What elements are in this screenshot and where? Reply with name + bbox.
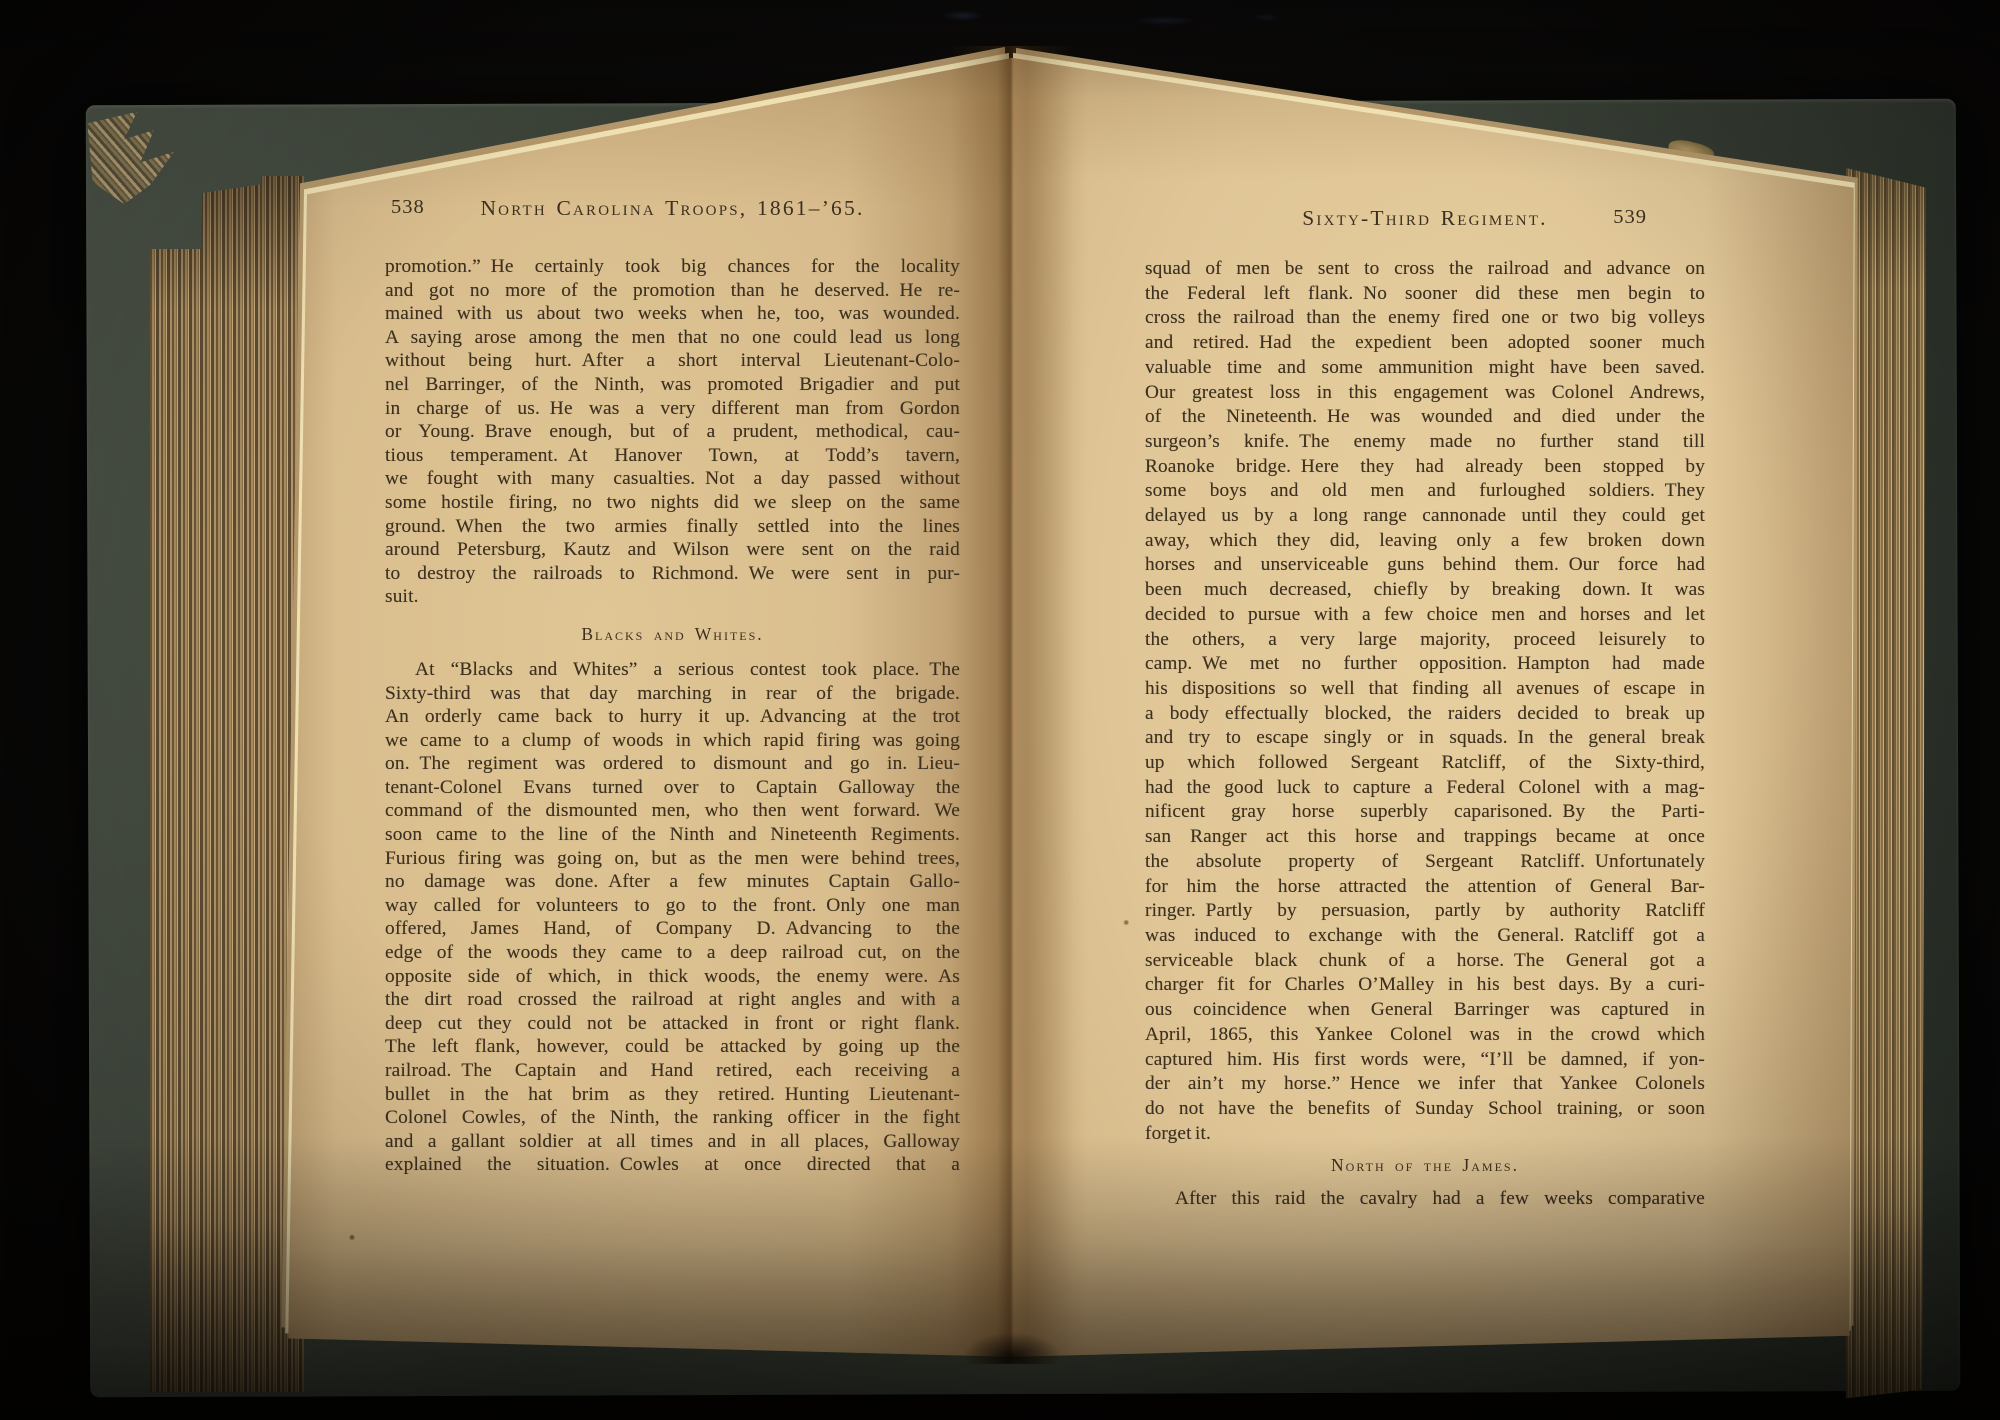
text-line: ground. When the two armies finally sett… — [385, 515, 960, 539]
text-line: the absolute property of Sergeant Ratcli… — [1145, 850, 1705, 875]
text-line: explained the situation. Cowles at once … — [385, 1153, 960, 1177]
text-line: to destroy the railroads to Richmond. We… — [385, 562, 960, 586]
left-paragraph-1: promotion.” He certainly took big chance… — [385, 255, 960, 609]
text-line: a body effectually blocked, the raiders … — [1145, 702, 1705, 727]
text-line: away, which they did, leaving only a few… — [1145, 529, 1705, 554]
text-line: san Ranger act this horse and trappings … — [1145, 825, 1705, 850]
text-line: and got no more of the promotion than he… — [385, 279, 960, 303]
text-line: tious temperament. At Hanover Town, at T… — [385, 444, 960, 468]
text-line: The left flank, however, could be attack… — [385, 1035, 960, 1059]
text-line: valuable time and some ammunition might … — [1145, 356, 1705, 381]
text-line: opposite side of which, in thick woods, … — [385, 965, 960, 989]
text-line: cross the railroad than the enemy fired … — [1145, 306, 1705, 331]
text-line: on. The regiment was ordered to dismount… — [385, 752, 960, 776]
text-line: and try to escape singly or in squads. I… — [1145, 726, 1705, 751]
text-line: command of the dismounted men, who then … — [385, 799, 960, 823]
text-line: nificent gray horse superbly caparisoned… — [1145, 800, 1705, 825]
text-line: serviceable black chunk of a horse. The … — [1145, 949, 1705, 974]
page-number-right: 539 — [1613, 206, 1647, 229]
text-line: his dispositions so well that finding al… — [1145, 677, 1705, 702]
backdrop-scuff-marks — [880, 2, 1340, 36]
text-line: ringer. Partly by persuasion, partly by … — [1145, 899, 1705, 924]
text-line: nel Barringer, of the Ninth, was promote… — [385, 373, 960, 397]
text-line: do not have the benefits of Sunday Schoo… — [1145, 1097, 1705, 1122]
text-line: offered, James Hand, of Company D. Advan… — [385, 917, 960, 941]
text-line: for him the horse attracted the attentio… — [1145, 875, 1705, 900]
right-page-header: Sixty-Third Regiment. 539 — [1145, 206, 1705, 232]
text-line: An orderly came back to hurry it up. Adv… — [385, 705, 960, 729]
text-line: ous coincidence when General Barringer w… — [1145, 998, 1705, 1023]
text-line: forget it. — [1145, 1122, 1705, 1147]
text-line: At “Blacks and Whites” a serious contest… — [385, 658, 960, 682]
text-line: der ain’t my horse.” Hence we infer that… — [1145, 1072, 1705, 1097]
text-line: the Federal left flank. No sooner did th… — [1145, 282, 1705, 307]
text-line: in charge of us. He was a very different… — [385, 397, 960, 421]
text-line: of the Nineteenth. He was wounded and di… — [1145, 405, 1705, 430]
text-line: no damage was done. After a few minutes … — [385, 870, 960, 894]
section-heading-north-of-the-james: North of the James. — [1145, 1155, 1705, 1176]
text-line: edge of the woods they came to a deep ra… — [385, 941, 960, 965]
text-line: Sixty-third was that day marching in rea… — [385, 682, 960, 706]
text-line: without being hurt. After a short interv… — [385, 349, 960, 373]
running-title-left: North Carolina Troops, 1861–’65. — [385, 196, 960, 221]
text-line: suit. — [385, 585, 960, 609]
page-number-left: 538 — [391, 196, 425, 219]
text-line: we fought with many casualties. Not a da… — [385, 467, 960, 491]
text-line: up which followed Sergeant Ratcliff, of … — [1145, 751, 1705, 776]
text-line: railroad. The Captain and Hand retired, … — [385, 1059, 960, 1083]
text-line: been much decreased, chiefly by breaking… — [1145, 578, 1705, 603]
text-line: A saying arose among the men that no one… — [385, 326, 960, 350]
text-line: Our greatest loss in this engagement was… — [1145, 381, 1705, 406]
text-line: and a gallant soldier at all times and i… — [385, 1130, 960, 1154]
text-line: we came to a clump of woods in which rap… — [385, 729, 960, 753]
right-paragraph-2: After this raid the cavalry had a few we… — [1145, 1187, 1705, 1212]
text-line: delayed us by a long range cannonade unt… — [1145, 504, 1705, 529]
text-line: Roanoke bridge. Here they had already be… — [1145, 455, 1705, 480]
text-line: was induced to exchange with the General… — [1145, 924, 1705, 949]
text-line: soon came to the line of the Ninth and N… — [385, 823, 960, 847]
text-line: the dirt road crossed the railroad at ri… — [385, 988, 960, 1012]
text-line: horses and unserviceable guns behind the… — [1145, 553, 1705, 578]
text-line: way called for volunteers to go to the f… — [385, 894, 960, 918]
text-line: squad of men be sent to cross the railro… — [1145, 257, 1705, 282]
text-line: the others, a very large majority, proce… — [1145, 628, 1705, 653]
text-line: charger fit for Charles O’Malley in his … — [1145, 973, 1705, 998]
text-line: had the good luck to capture a Federal C… — [1145, 776, 1705, 801]
text-line: decided to pursue with a few choice men … — [1145, 603, 1705, 628]
text-line: and retired. Had the expedient been adop… — [1145, 331, 1705, 356]
right-paragraph-1: squad of men be sent to cross the railro… — [1145, 257, 1705, 1146]
text-line: surgeon’s knife. The enemy made no furth… — [1145, 430, 1705, 455]
text-line: After this raid the cavalry had a few we… — [1145, 1187, 1705, 1212]
section-heading-blacks-and-whites: Blacks and Whites. — [385, 624, 960, 645]
text-line: April, 1865, this Yankee Colonel was in … — [1145, 1023, 1705, 1048]
text-line: some boys and old men and furloughed sol… — [1145, 479, 1705, 504]
text-line: mained with us about two weeks when he, … — [385, 302, 960, 326]
text-line: some hostile firing, no two nights did w… — [385, 491, 960, 515]
text-line: or Young. Brave enough, but of a prudent… — [385, 420, 960, 444]
text-line: Furious firing was going on, but as the … — [385, 847, 960, 871]
text-line: camp. We met no further opposition. Hamp… — [1145, 652, 1705, 677]
text-line: around Petersburg, Kautz and Wilson were… — [385, 538, 960, 562]
book-photo: 538 North Carolina Troops, 1861–’65. pro… — [0, 0, 2000, 1420]
left-paragraph-2: At “Blacks and Whites” a serious contest… — [385, 658, 960, 1177]
right-page-text: Sixty-Third Regiment. 539 squad of men b… — [1145, 206, 1705, 1212]
left-page-text: 538 North Carolina Troops, 1861–’65. pro… — [385, 196, 960, 1177]
text-line: deep cut they could not be attacked in f… — [385, 1012, 960, 1036]
text-line: tenant-Colonel Evans turned over to Capt… — [385, 776, 960, 800]
text-line: promotion.” He certainly took big chance… — [385, 255, 960, 279]
text-line: Colonel Cowles, of the Ninth, the rankin… — [385, 1106, 960, 1130]
text-line: bullet in the hat brim as they retired. … — [385, 1083, 960, 1107]
text-line: captured him. His first words were, “I’l… — [1145, 1048, 1705, 1073]
left-page-header: 538 North Carolina Troops, 1861–’65. — [385, 196, 960, 222]
